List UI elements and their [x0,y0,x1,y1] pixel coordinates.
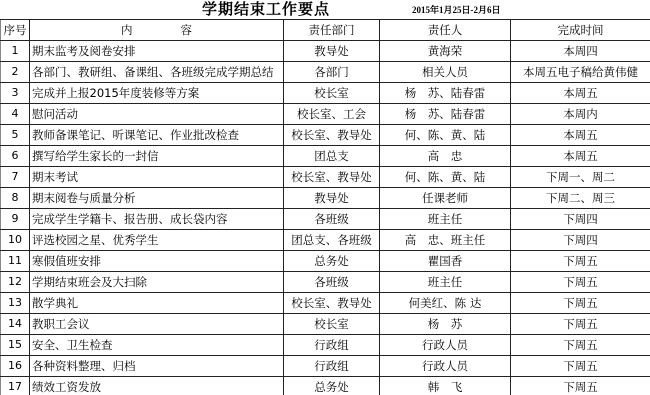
cell-dept[interactable]: 校长室 [284,314,380,335]
cell-time[interactable]: 本周五 [511,83,650,104]
cell-content[interactable]: 安全、卫生检查 [30,335,284,356]
cell-content[interactable]: 各种资料整理、归档 [30,356,284,377]
header-dept[interactable]: 责任部门 [284,20,380,41]
table-row: 16各种资料整理、归档行政组行政人员下周五 [1,356,650,377]
table-row: 9完成学生学籍卡、报告册、成长袋内容各班级班主任下周四 [1,209,650,230]
cell-time[interactable]: 下周五 [511,335,650,356]
cell-no[interactable]: 12 [1,272,30,293]
cell-dept[interactable]: 校长室、教导处 [284,125,380,146]
table-row: 13散学典礼校长室、教导处何美红、陈 达下周五 [1,293,650,314]
document-title: 学期结束工作要点 [202,0,330,19]
cell-no[interactable]: 6 [1,146,30,167]
cell-content[interactable]: 绩效工资发放 [30,377,284,395]
cell-no[interactable]: 15 [1,335,30,356]
cell-no[interactable]: 8 [1,188,30,209]
cell-no[interactable]: 17 [1,377,30,395]
cell-dept[interactable]: 总务处 [284,377,380,395]
cell-person[interactable]: 杨 苏、陆春雷 [380,104,511,125]
cell-time[interactable]: 下周五 [511,356,650,377]
cell-dept[interactable]: 团总支、各班级 [284,230,380,251]
table-row: 3完成并上报2015年度装修等方案校长室杨 苏、陆春雷本周五 [1,83,650,104]
table-row: 11寒假值班安排总务处瞿国香下周五 [1,251,650,272]
date-range: 2015年1月25日-2月6日 [412,3,501,17]
cell-dept[interactable]: 校长室、教导处 [284,167,380,188]
table-row: 7期末考试校长室、教导处何、陈、黄、陆下周一、周二 [1,167,650,188]
cell-person[interactable]: 高 忠 [380,146,511,167]
cell-time[interactable]: 下周五 [511,272,650,293]
cell-content[interactable]: 教师备课笔记、听课笔记、作业批改检查 [30,125,284,146]
cell-time[interactable]: 下周四 [511,209,650,230]
cell-content[interactable]: 期末阅卷与质量分析 [30,188,284,209]
cell-no[interactable]: 9 [1,209,30,230]
cell-time[interactable]: 下周五 [511,251,650,272]
cell-dept[interactable]: 校长室 [284,83,380,104]
cell-content[interactable]: 寒假值班安排 [30,251,284,272]
cell-no[interactable]: 14 [1,314,30,335]
cell-content[interactable]: 评选校园之星、优秀学生 [30,230,284,251]
cell-time[interactable]: 下周一、周二 [511,167,650,188]
cell-time[interactable]: 下周二、周三 [511,188,650,209]
table-row: 5教师备课笔记、听课笔记、作业批改检查校长室、教导处何、陈、黄、陆本周五 [1,125,650,146]
cell-person[interactable]: 行政人员 [380,335,511,356]
cell-dept[interactable]: 行政组 [284,356,380,377]
cell-dept[interactable]: 总务处 [284,251,380,272]
work-plan-table: 序号 内容 责任部门 责任人 完成时间 1期末监考及阅卷安排教导处黄海荣本周四2… [0,19,650,395]
cell-content[interactable]: 完成学生学籍卡、报告册、成长袋内容 [30,209,284,230]
cell-dept[interactable]: 团总支 [284,146,380,167]
cell-dept[interactable]: 各部门 [284,62,380,83]
cell-content[interactable]: 散学典礼 [30,293,284,314]
cell-content[interactable]: 教职工会议 [30,314,284,335]
table-row: 10评选校园之星、优秀学生团总支、各班级高 忠、班主任下周四 [1,230,650,251]
header-content[interactable]: 内容 [30,20,284,41]
cell-no[interactable]: 2 [1,62,30,83]
table-row: 6撰写给学生家长的一封信团总支高 忠本周五 [1,146,650,167]
cell-no[interactable]: 10 [1,230,30,251]
cell-content[interactable]: 慰问活动 [30,104,284,125]
cell-person[interactable]: 何、陈、黄、陆 [380,167,511,188]
cell-person[interactable]: 班主任 [380,272,511,293]
cell-no[interactable]: 4 [1,104,30,125]
cell-person[interactable]: 何美红、陈 达 [380,293,511,314]
cell-dept[interactable]: 教导处 [284,188,380,209]
cell-time[interactable]: 下周四 [511,230,650,251]
table-row: 15安全、卫生检查行政组行政人员下周五 [1,335,650,356]
cell-dept[interactable]: 各班级 [284,209,380,230]
cell-no[interactable]: 11 [1,251,30,272]
cell-time[interactable]: 下周五 [511,314,650,335]
cell-content[interactable]: 期末监考及阅卷安排 [30,41,284,62]
header-no[interactable]: 序号 [1,20,30,41]
table-row: 14教职工会议校长室杨 苏下周五 [1,314,650,335]
cell-dept[interactable]: 行政组 [284,335,380,356]
cell-person[interactable]: 何、陈、黄、陆 [380,125,511,146]
cell-content[interactable]: 学期结束班会及大扫除 [30,272,284,293]
table-row: 17绩效工资发放总务处韩 飞下周五 [1,377,650,395]
cell-person[interactable]: 韩 飞 [380,377,511,395]
cell-person[interactable]: 任课老师 [380,188,511,209]
cell-content[interactable]: 完成并上报2015年度装修等方案 [30,83,284,104]
cell-content[interactable]: 期末考试 [30,167,284,188]
table-row: 2各部门、教研组、备课组、各班级完成学期总结各部门相关人员本周五电子稿给黄伟健 [1,62,650,83]
title-row: 学期结束工作要点 2015年1月25日-2月6日 [0,0,650,19]
cell-time[interactable]: 本周五 [511,146,650,167]
header-content-left: 内 [121,23,133,37]
cell-time[interactable]: 本周四 [511,41,650,62]
cell-time[interactable]: 本周五电子稿给黄伟健 [511,62,650,83]
header-row: 序号 内容 责任部门 责任人 完成时间 [1,20,650,41]
cell-no[interactable]: 5 [1,125,30,146]
header-person[interactable]: 责任人 [380,20,511,41]
table-row: 4慰问活动校长室、工会杨 苏、陆春雷本周内 [1,104,650,125]
cell-person[interactable]: 班主任 [380,209,511,230]
cell-time[interactable]: 本周内 [511,104,650,125]
cell-time[interactable]: 下周五 [511,293,650,314]
cell-no[interactable]: 7 [1,167,30,188]
cell-no[interactable]: 16 [1,356,30,377]
cell-time[interactable]: 本周五 [511,125,650,146]
cell-no[interactable]: 3 [1,83,30,104]
cell-no[interactable]: 1 [1,41,30,62]
cell-no[interactable]: 13 [1,293,30,314]
cell-person[interactable]: 行政人员 [380,356,511,377]
table-row: 1期末监考及阅卷安排教导处黄海荣本周四 [1,41,650,62]
cell-person[interactable]: 杨 苏 [380,314,511,335]
table-row: 8期末阅卷与质量分析教导处任课老师下周二、周三 [1,188,650,209]
header-time[interactable]: 完成时间 [511,20,650,41]
cell-dept[interactable]: 校长室、教导处 [284,293,380,314]
header-content-right: 容 [181,23,193,37]
cell-content[interactable]: 撰写给学生家长的一封信 [30,146,284,167]
table-row: 12学期结束班会及大扫除各班级班主任下周五 [1,272,650,293]
cell-time[interactable]: 下周五 [511,377,650,395]
cell-person[interactable]: 黄海荣 [380,41,511,62]
cell-person[interactable]: 相关人员 [380,62,511,83]
cell-person[interactable]: 杨 苏、陆春雷 [380,83,511,104]
cell-dept[interactable]: 校长室、工会 [284,104,380,125]
cell-content[interactable]: 各部门、教研组、备课组、各班级完成学期总结 [30,62,284,83]
cell-dept[interactable]: 各班级 [284,272,380,293]
cell-person[interactable]: 高 忠、班主任 [380,230,511,251]
cell-person[interactable]: 瞿国香 [380,251,511,272]
cell-dept[interactable]: 教导处 [284,41,380,62]
